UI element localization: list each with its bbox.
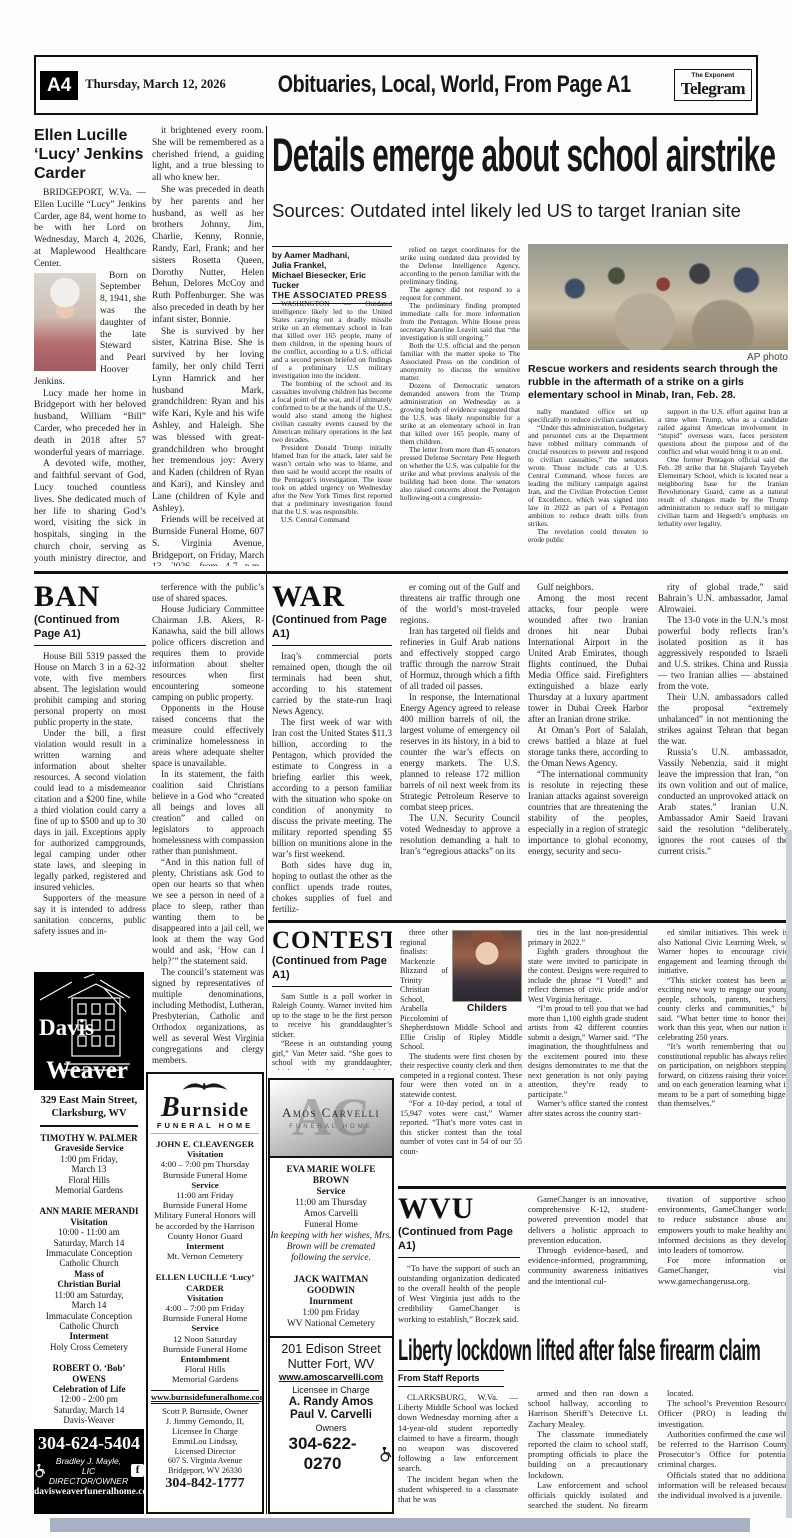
funeral-listing-line: Service <box>270 1187 392 1198</box>
funeral-listing-line: Celebration of Life <box>36 1384 142 1394</box>
wvu-column-3: tivation of supportive school environmen… <box>658 1194 788 1334</box>
obituary-paragraph: She is survived by her sister, Katrina B… <box>152 327 264 516</box>
ad-contact-line: Owners <box>270 1422 392 1434</box>
obituary-name-heading: Ellen Lucille ‘Lucy’ Jenkins Carder <box>34 126 146 183</box>
byline-line: by Aamer Madhani, <box>272 250 392 260</box>
liberty-paragraph: The classmate immediately reported the c… <box>528 1429 648 1480</box>
wvu-column-2: GameChanger is an innovative, comprehens… <box>528 1194 648 1334</box>
section-divider-rule <box>398 1186 788 1189</box>
liberty-paragraph: Law enforcement and school officials qui… <box>528 1480 648 1514</box>
contest-paragraph: “This sticker contest has been an exciti… <box>658 976 788 1043</box>
funeral-listing-line: JACK WAITMAN GOODWIN <box>270 1273 392 1297</box>
bottom-scroll-strip <box>50 1518 750 1532</box>
contest-paragraph: “It’s worth remembering that our constit… <box>658 1042 788 1109</box>
funeral-listing-line: 12 Noon Saturday <box>151 1334 259 1344</box>
funeral-listing-line: 11:00 am Saturday, <box>36 1290 142 1300</box>
funeral-listing-line: Memorial Gardens <box>36 1185 142 1195</box>
funeral-listing-line: 1:00 pm Friday <box>270 1308 392 1319</box>
ban-paragraph: The council’s statement was signed by re… <box>152 967 264 1066</box>
wire-credit: THE ASSOCIATED PRESS <box>272 290 392 300</box>
funeral-listing-line: Mass of <box>36 1269 142 1279</box>
ad-contact-line: A. Randy Amos <box>270 1396 392 1409</box>
funeral-listing-line: Entombment <box>151 1354 259 1364</box>
liberty-headline: Liberty lockdown lifted after false fire… <box>398 1336 788 1366</box>
funeral-listing-line: 4:00 – 7:00 pm Thursday <box>151 1159 259 1169</box>
article-paragraph: Both the U.S. official and the person fa… <box>400 342 520 382</box>
davis-director-text: Bradley J. Mayle, LIC DIRECTOR/OWNER <box>49 1456 128 1486</box>
photo-caption: Rescue workers and residents search thro… <box>528 363 788 402</box>
war-title: WAR <box>272 582 392 612</box>
burnside-phone: 304-842-1777 <box>151 1476 259 1492</box>
war-section-header: WAR (Continued from Page A1) <box>272 582 392 646</box>
page-header: A4 Thursday, March 12, 2026 Obituaries, … <box>34 55 758 115</box>
article-paragraph: support in the U.S. effort against Iran … <box>658 408 788 456</box>
war-body-1: Iraq’s commercial ports remained open, t… <box>272 651 392 915</box>
war-paragraph: The 13-0 vote in the U.N.’s most powerfu… <box>658 615 788 692</box>
burnside-brand: Burnside <box>151 1098 259 1121</box>
wheelchair-icon <box>34 1464 46 1478</box>
obituary-paragraph: She was preceded in death by her parents… <box>152 185 264 327</box>
funeral-listing-line: In keeping with her wishes, Mrs. Brown w… <box>270 1231 392 1264</box>
ad-footer-line: 607 S. Virginia Avenue <box>151 1456 259 1466</box>
childers-photo <box>452 930 522 1002</box>
ad-contact-line: Paul V. Carvelli <box>270 1409 392 1422</box>
war-column-4: rity of global trade,” said Bahrain’s U.… <box>658 582 788 918</box>
amos-contact-lines: 201 Edison StreetNutter Fort, WVwww.amos… <box>270 1342 392 1434</box>
contest-title: CONTEST <box>272 928 392 953</box>
funeral-listing-line: Visitation <box>36 1217 142 1227</box>
burnside-website: www.burnsidefuneralhome.com <box>151 1390 259 1404</box>
funeral-listing-line: JOHN E. CLEAVENGER <box>151 1137 259 1149</box>
funeral-listing-line: Graveside Service <box>36 1143 142 1153</box>
amos-carvelli-logo: AC Amos Carvelli FUNERAL HOME <box>270 1080 392 1158</box>
main-headline: Details emerge about school airstrike <box>272 130 788 192</box>
contest-paragraph: ed similar initiatives. This week is als… <box>658 928 788 976</box>
obituary-column-2: it brightened every room. She will be re… <box>152 126 264 566</box>
war-paragraph: “The international community is resolute… <box>528 769 648 857</box>
funeral-listing-line: Holy Cross Cemetery <box>36 1342 142 1352</box>
amos-carvelli-ad: AC Amos Carvelli FUNERAL HOME EVA MARIE … <box>268 1078 394 1514</box>
funeral-listing-line: Mt. Vernon Cemetery <box>151 1251 259 1261</box>
airstrike-column-1: WASHINGTON — Outdated intelligence likel… <box>272 300 392 564</box>
funeral-listing-line: Interment <box>151 1241 259 1251</box>
article-paragraph: The revelation could threaten to erode p… <box>528 528 648 544</box>
article-paragraph: nally mandated office set up specificall… <box>528 408 648 424</box>
brand-name: Telegram <box>681 80 745 97</box>
airstrike-column-2: relied on target coordinates for the str… <box>400 246 520 564</box>
childers-photo-caption: Childers <box>452 1002 522 1016</box>
funeral-listing-line: EVA MARIE WOLFE BROWN <box>270 1163 392 1187</box>
davis-address: 329 East Main Street, Clarksburg, WV <box>40 1094 138 1127</box>
war-paragraph: The first week of war with Iran cost the… <box>272 717 392 860</box>
liberty-column-1: CLARKSBURG, W.Va. — Liberty Middle Schoo… <box>398 1392 518 1514</box>
funeral-listing-line: Catholic Church <box>36 1258 142 1268</box>
article-paragraph: WASHINGTON — Outdated intelligence likel… <box>272 300 392 380</box>
wvu-paragraph: “To have the support of such an outstand… <box>398 1263 520 1324</box>
funeral-listing-line: ANN MARIE MERANDI <box>36 1204 142 1216</box>
ad-footer-line: Licensed Director <box>151 1446 259 1456</box>
obituary-lead: BRIDGEPORT, W.Va. — Ellen Lucille “Lucy”… <box>34 188 146 271</box>
eagle-icon <box>178 1077 232 1093</box>
funeral-listing-line <box>270 1264 392 1273</box>
war-paragraph: Iraq’s commercial ports remained open, t… <box>272 651 392 717</box>
wvu-paragraph: tivation of supportive school environmen… <box>658 1194 788 1255</box>
byline-line: Michael Biesecker, Eric Tucker <box>272 270 392 290</box>
ban-paragraph: In its statement, the faith coalition sa… <box>152 769 264 857</box>
article-paragraph: President Donald Trump initially blamed … <box>272 444 392 516</box>
article-paragraph: relied on target coordinates for the str… <box>400 246 520 286</box>
obituary-portrait-photo <box>34 273 96 371</box>
burnside-footer: Scott P. Burnside, OwnerJ. Jimmy Gemondo… <box>151 1404 259 1476</box>
ban-column-2: terference with the public’s use of shar… <box>152 582 264 1066</box>
byline-block: by Aamer Madhani,Julia Frankel,Michael B… <box>272 246 392 304</box>
davis-brand-line2: Weaver <box>46 1058 128 1083</box>
war-paragraph: In response, the International Energy Ag… <box>400 692 520 813</box>
ban-paragraph: Under the bill, a first violation would … <box>34 728 146 893</box>
liberty-paragraph: The school’s Prevention Resource Officer… <box>658 1398 788 1429</box>
liberty-paragraph: Officials stated that no additional info… <box>658 1470 788 1501</box>
funeral-listing-line: Military Funeral Honors will be accorded… <box>151 1210 259 1241</box>
contest-column-3: ties in the last non-presidential primar… <box>528 928 648 1186</box>
funeral-listing-line: ROBERT O. ‘Bob’ OWENS <box>36 1361 142 1384</box>
burnside-brand-sub: FUNERAL HOME <box>151 1121 259 1130</box>
ban-paragraph: “And in this nation full of plenty, Chri… <box>152 857 264 967</box>
section-divider-rule <box>268 920 788 923</box>
liberty-paragraph: armed and then ran down a school hallway… <box>528 1388 648 1429</box>
ad-contact-line: Nutter Fort, WV <box>270 1357 392 1372</box>
facebook-icon: f <box>131 1464 144 1477</box>
article-paragraph: U.S. Central Command <box>272 516 392 524</box>
wvu-column-1: WVU (Continued from Page A1) “To have th… <box>398 1194 520 1332</box>
war-paragraph: Gulf neighbors. <box>528 582 648 593</box>
davis-footer: 304-624-5404 Bradley J. Mayle, LIC DIREC… <box>34 1429 144 1498</box>
wvu-continued-line: (Continued from Page A1) <box>398 1226 520 1258</box>
davis-weaver-ad: Davis Weaver 329 East Main Street, Clark… <box>34 972 144 1514</box>
amos-contact-block: 201 Edison StreetNutter Fort, WVwww.amos… <box>270 1336 392 1474</box>
funeral-listing-line: Burnside Funeral Home <box>151 1344 259 1354</box>
obituary-paragraph: Friends will be received at Burnside Fun… <box>152 515 264 566</box>
war-paragraph: Among the most recent attacks, four peop… <box>528 593 648 725</box>
ad-footer-line: Licensee In Charge <box>151 1426 259 1436</box>
funeral-listing-line: Burnside Funeral Home <box>151 1170 259 1180</box>
funeral-listing-line: 11:00 am Friday <box>151 1190 259 1200</box>
war-paragraph: rity of global trade,” said Bahrain’s U.… <box>658 582 788 615</box>
funeral-listing-line: Visitation <box>151 1149 259 1159</box>
contest-paragraph: “For a 10-day period, a total of 15,947 … <box>400 1099 522 1156</box>
childers-photo-figure: Childers <box>452 930 522 1016</box>
war-paragraph: er coming out of the Gulf and threatens … <box>400 582 520 626</box>
byline-names: by Aamer Madhani,Julia Frankel,Michael B… <box>272 250 392 290</box>
article-paragraph: The preliminary finding prompted immedia… <box>400 302 520 342</box>
funeral-listing-line: 11:00 am Thursday <box>270 1198 392 1209</box>
funeral-listing-line: Funeral Home <box>270 1220 392 1231</box>
funeral-listing-line: March 14 <box>36 1300 142 1310</box>
davis-phone: 304-624-5404 <box>34 1434 144 1454</box>
liberty-paragraph: The incident began when the student whis… <box>398 1474 518 1505</box>
right-edge-strip <box>786 830 792 1518</box>
funeral-listing-line: Immaculate Conception <box>36 1311 142 1321</box>
obituary-column-1: Ellen Lucille ‘Lucy’ Jenkins Carder BRID… <box>34 126 146 566</box>
funeral-listing-line <box>151 1261 259 1270</box>
contest-paragraph: Sam Suttle is a poll worker in Raleigh C… <box>272 992 392 1040</box>
article-paragraph: One former Pentagon official said the Fe… <box>658 456 788 528</box>
funeral-listing-line: Visitation <box>151 1293 259 1303</box>
contest-column-2: Childers three other regional finalists:… <box>400 928 522 1188</box>
liberty-paragraph: located. <box>658 1388 788 1398</box>
funeral-listing-line: Immaculate Conception <box>36 1248 142 1258</box>
article-paragraph: The bombing of the school and its casual… <box>272 380 392 444</box>
liberty-paragraph: CLARKSBURG, W.Va. — Liberty Middle Schoo… <box>398 1392 518 1474</box>
davis-brand-line1: Davis <box>39 1016 94 1039</box>
obituary-body-1: Lucy made her home in Bridgeport with he… <box>34 389 146 566</box>
funeral-listing-line: March 13 <box>36 1164 142 1174</box>
liberty-byline: From Staff Reports <box>398 1370 504 1387</box>
war-paragraph: The U.N. Security Council voted Wednesda… <box>400 813 520 857</box>
liberty-column-2: armed and then ran down a school hallway… <box>528 1388 648 1514</box>
amos-listings: EVA MARIE WOLFE BROWNService11:00 am Thu… <box>270 1158 392 1330</box>
ban-column-1: BAN (Continued from Page A1) House Bill … <box>34 582 146 966</box>
contest-section-header: CONTEST (Continued from Page A1) <box>272 928 392 987</box>
funeral-listing-line: Christian Burial <box>36 1279 142 1289</box>
war-paragraph: At Oman’s Port of Salalah, crews battled… <box>528 725 648 769</box>
ban-title: BAN <box>34 582 146 612</box>
wvu-body-1: “To have the support of such an outstand… <box>398 1263 520 1324</box>
article-paragraph: The agency did not respond to a request … <box>400 286 520 302</box>
ban-section-header: BAN (Continued from Page A1) <box>34 582 146 646</box>
director-name: Bradley J. Mayle, LIC <box>49 1456 128 1476</box>
burnside-ad: Burnside FUNERAL HOME JOHN E. CLEAVENGER… <box>146 1072 264 1514</box>
ban-paragraph: House Judiciary Committee Chairman J.B. … <box>152 604 264 703</box>
contest-continued-line: (Continued from Page A1) <box>272 955 392 987</box>
contest-paragraph: “Reese is an outstanding young girl,” Va… <box>272 1039 392 1070</box>
wvu-section-header: WVU (Continued from Page A1) <box>398 1194 520 1258</box>
ad-contact-line: Licensee in Charge <box>270 1384 392 1396</box>
funeral-listing-line: ELLEN LUCILLE ‘Lucy’ CARDER <box>151 1270 259 1292</box>
wvu-title: WVU <box>398 1194 520 1224</box>
funeral-listing-line: Burnside Funeral Home <box>151 1313 259 1323</box>
contest-body-1: Sam Suttle is a poll worker in Raleigh C… <box>272 992 392 1071</box>
burnside-logo: Burnside FUNERAL HOME <box>151 1077 259 1134</box>
funeral-listing-line: Service <box>151 1180 259 1190</box>
funeral-listing-line: Amos Carvelli <box>270 1209 392 1220</box>
article-paragraph: Dozens of Democratic senators demanded a… <box>400 382 520 446</box>
amos-brand: Amos Carvelli <box>270 1106 392 1119</box>
ad-contact-line: 201 Edison Street <box>270 1342 392 1357</box>
ban-paragraph: Opponents in the House raised concerns t… <box>152 703 264 769</box>
liberty-column-3: located.The school’s Prevention Resource… <box>658 1388 788 1514</box>
ad-footer-line: Bridgeport, WV 26330 <box>151 1466 259 1476</box>
war-column-1: WAR (Continued from Page A1) Iraq’s comm… <box>272 582 392 918</box>
airstrike-column-3: nally mandated office set up specificall… <box>528 408 648 564</box>
funeral-listing-line: 4:00 – 7:00 pm Friday <box>151 1303 259 1313</box>
amos-phone: 304-622-0270 <box>270 1434 375 1474</box>
funeral-listing-line: Memorial Gardens <box>151 1374 259 1384</box>
wvu-paragraph: Through evidence-based, and evidence-inf… <box>528 1245 648 1286</box>
obituary-paragraph: A devoted wife, mother, and faithful ser… <box>34 459 146 566</box>
war-paragraph: Russia’s U.N. ambassador, Vassily Nebenz… <box>658 747 788 857</box>
section-title: Obituaries, Local, World, From Page A1 <box>235 73 673 97</box>
ad-contact-line: www.amoscarvelli.com <box>270 1372 392 1384</box>
funeral-listing-line: Inurnment <box>270 1297 392 1308</box>
obituary-paragraph: Lucy made her home in Bridgeport with he… <box>34 389 146 460</box>
article-paragraph: The letter from more than 45 senators pr… <box>400 446 520 502</box>
funeral-listing-line: Saturday, March 14 <box>36 1405 142 1415</box>
davis-director-row: Bradley J. Mayle, LIC DIRECTOR/OWNER f <box>34 1456 144 1486</box>
paragraph: BRIDGEPORT, W.Va. — Ellen Lucille “Lucy”… <box>34 188 146 271</box>
burnside-listings: JOHN E. CLEAVENGERVisitation4:00 – 7:00 … <box>151 1137 259 1385</box>
contest-paragraph: “I’m proud to tell you that we had more … <box>528 1004 648 1099</box>
funeral-listing-line: Service <box>151 1323 259 1333</box>
funeral-listing-line: Davis-Weaver <box>36 1415 142 1425</box>
contest-paragraph: ties in the last non-presidential primar… <box>528 928 648 947</box>
contest-paragraph: Eighth graders throughout the state were… <box>528 947 648 1004</box>
funeral-listing-line: 10:00 - 11:00 am <box>36 1227 142 1237</box>
davis-website: davisweaverfuneralhome.com <box>34 1486 144 1498</box>
funeral-listing-line: Floral Hills <box>36 1175 142 1185</box>
war-column-2: er coming out of the Gulf and threatens … <box>400 582 520 918</box>
date-line: Thursday, March 12, 2026 <box>85 78 235 92</box>
war-paragraph: Their U.N. ambassadors called the propos… <box>658 692 788 747</box>
war-paragraph: Both sides have dug in, hoping to outlas… <box>272 860 392 915</box>
newspaper-logo: The Exponent Telegram <box>674 69 752 101</box>
funeral-listing-line: Saturday, March 14 <box>36 1238 142 1248</box>
amos-brand-sub: FUNERAL HOME <box>270 1124 392 1130</box>
ban-paragraph: House Bill 5319 passed the House on Marc… <box>34 651 146 728</box>
funeral-listing-line <box>36 1352 142 1361</box>
funeral-listing-line: Interment <box>36 1331 142 1341</box>
newspaper-page-a4: A4 Thursday, March 12, 2026 Obituaries, … <box>0 0 792 1538</box>
funeral-listing-line: Burnside Funeral Home <box>151 1200 259 1210</box>
vertical-column-rule <box>266 126 267 1514</box>
director-title: DIRECTOR/OWNER <box>49 1476 128 1486</box>
wvu-paragraph: GameChanger is an innovative, comprehens… <box>528 1194 648 1245</box>
contest-column-1: CONTEST (Continued from Page A1) Sam Sut… <box>272 928 392 1070</box>
airstrike-column-4: support in the U.S. effort against Iran … <box>658 408 788 564</box>
funeral-listing-line <box>36 1195 142 1204</box>
funeral-listing-line: Floral Hills <box>151 1364 259 1374</box>
funeral-listing-line: TIMOTHY W. PALMER <box>36 1131 142 1143</box>
section-divider-rule <box>34 571 788 574</box>
funeral-listing-line: Funeral Home <box>36 1426 142 1427</box>
ban-body-1: House Bill 5319 passed the House on Marc… <box>34 651 146 937</box>
davis-weaver-illustration: Davis Weaver <box>34 972 144 1090</box>
wheelchair-icon <box>379 1447 392 1462</box>
ad-footer-line: EmmiLou Lindsay, <box>151 1436 259 1446</box>
funeral-listing-line: 1:00 pm Friday, <box>36 1154 142 1164</box>
byline-line: Julia Frankel, <box>272 260 392 270</box>
ban-paragraph: terference with the public’s use of shar… <box>152 582 264 604</box>
ban-paragraph: Supporters of the measure say it is inte… <box>34 893 146 937</box>
airstrike-rubble-photo <box>528 244 788 350</box>
contest-paragraph: Warner’s office started the contest afte… <box>528 1099 648 1118</box>
ad-footer-line: Scott P. Burnside, Owner <box>151 1406 259 1416</box>
obituary-paragraph: it brightened every room. She will be re… <box>152 126 264 185</box>
contest-column-4: ed similar initiatives. This week is als… <box>658 928 788 1186</box>
funeral-listing-line: WV National Cemetery <box>270 1319 392 1330</box>
davis-listings: TIMOTHY W. PALMERGraveside Service1:00 p… <box>36 1131 142 1427</box>
funeral-listing-line: 12:00 - 2:00 pm <box>36 1394 142 1404</box>
wvu-paragraph: For more information on GameChanger, vis… <box>658 1255 788 1286</box>
war-continued-line: (Continued from Page A1) <box>272 614 392 646</box>
ad-footer-line: J. Jimmy Gemondo, II, <box>151 1416 259 1426</box>
ban-continued-line: (Continued from Page A1) <box>34 614 146 646</box>
funeral-listing-line: Catholic Church <box>36 1321 142 1331</box>
davis-listings-panel: 329 East Main Street, Clarksburg, WV TIM… <box>34 1090 144 1429</box>
main-subhead: Sources: Outdated intel likely led US to… <box>272 200 788 222</box>
war-column-3: Gulf neighbors.Among the most recent att… <box>528 582 648 918</box>
liberty-paragraph: Authorities confirmed the case will be r… <box>658 1429 788 1470</box>
contest-paragraph: The students were first chosen by their … <box>400 1052 522 1100</box>
war-paragraph: Iran has targeted oil fields and refiner… <box>400 626 520 692</box>
amos-phone-row: 304-622-0270 <box>270 1434 392 1474</box>
article-paragraph: “Under this administration, budgetary an… <box>528 424 648 528</box>
page-number: A4 <box>40 71 78 100</box>
